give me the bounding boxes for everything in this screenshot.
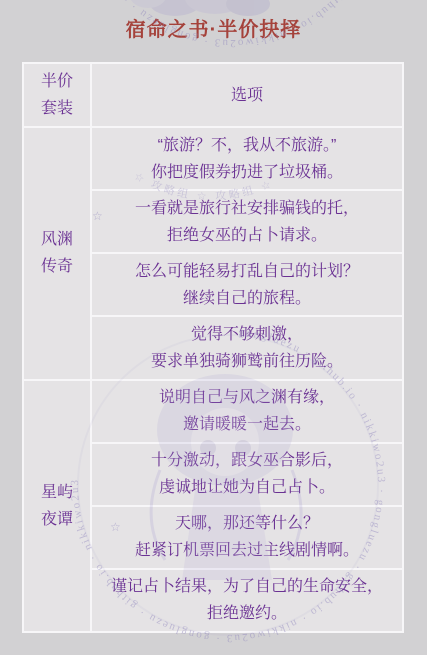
option-line: 天哪，那还等什么？ bbox=[92, 510, 402, 537]
option-line: 谨记占卜结果，为了自己的生命安全， bbox=[92, 573, 402, 600]
page-title: 宿命之书·半价抉择 bbox=[0, 8, 427, 52]
option-line: 你把度假券扔进了垃圾桶。 bbox=[92, 159, 402, 186]
group-label-line: 星屿 bbox=[24, 479, 90, 506]
header-cell-options: 选项 bbox=[91, 63, 403, 127]
option-line: 虔诚地让她为自己占卜。 bbox=[92, 474, 402, 501]
option-cell: 天哪，那还等什么？ 赶紧订机票回去过主线剧情啊。 bbox=[91, 506, 403, 569]
page: 宿命之书·半价抉择 半价 套装 选项 风渊 传奇 “旅游？不，我从不旅游。” 你 bbox=[0, 0, 427, 655]
table-row: 星屿 夜谭 说明自己与风之渊有缘， 邀请暖暖一起去。 bbox=[23, 380, 403, 443]
table-header: 半价 套装 选项 bbox=[23, 63, 403, 127]
option-line: 拒绝女巫的占卜请求。 bbox=[92, 222, 402, 249]
choices-table: 半价 套装 选项 风渊 传奇 “旅游？不，我从不旅游。” 你把度假券扔进了垃圾桶… bbox=[22, 62, 404, 633]
option-line: “旅游？不，我从不旅游。” bbox=[92, 132, 402, 159]
option-cell: 觉得不够刺激， 要求单独骑狮鹫前往历险。 bbox=[91, 316, 403, 379]
option-cell: 谨记占卜结果，为了自己的生命安全， 拒绝邀约。 bbox=[91, 569, 403, 632]
group-label-line: 风渊 bbox=[24, 226, 90, 253]
table-row: 风渊 传奇 “旅游？不，我从不旅游。” 你把度假券扔进了垃圾桶。 bbox=[23, 127, 403, 190]
header-row: 半价 套装 选项 bbox=[23, 63, 403, 127]
header-cell-set: 半价 套装 bbox=[23, 63, 91, 127]
option-line: 说明自己与风之渊有缘， bbox=[92, 384, 402, 411]
table-body: 风渊 传奇 “旅游？不，我从不旅游。” 你把度假券扔进了垃圾桶。 一看就是旅行社… bbox=[23, 127, 403, 632]
option-line: 继续自己的旅程。 bbox=[92, 285, 402, 312]
option-cell: 怎么可能轻易打乱自己的计划？ 继续自己的旅程。 bbox=[91, 253, 403, 316]
option-line: 觉得不够刺激， bbox=[92, 321, 402, 348]
option-line: 邀请暖暖一起去。 bbox=[92, 411, 402, 438]
group-label-fengyuan: 风渊 传奇 bbox=[23, 127, 91, 380]
option-cell: 一看就是旅行社安排骗钱的托， 拒绝女巫的占卜请求。 bbox=[91, 190, 403, 253]
header-set-line2: 套装 bbox=[24, 95, 90, 122]
group-label-line: 夜谭 bbox=[24, 506, 90, 533]
option-line: 要求单独骑狮鹫前往历险。 bbox=[92, 348, 402, 375]
option-line: 一看就是旅行社安排骗钱的托， bbox=[92, 195, 402, 222]
option-cell: “旅游？不，我从不旅游。” 你把度假券扔进了垃圾桶。 bbox=[91, 127, 403, 190]
option-cell: 十分激动，跟女巫合影后， 虔诚地让她为自己占卜。 bbox=[91, 443, 403, 506]
option-line: 拒绝邀约。 bbox=[92, 600, 402, 627]
option-line: 怎么可能轻易打乱自己的计划？ bbox=[92, 258, 402, 285]
option-cell: 说明自己与风之渊有缘， 邀请暖暖一起去。 bbox=[91, 380, 403, 443]
option-line: 赶紧订机票回去过主线剧情啊。 bbox=[92, 537, 402, 564]
option-line: 十分激动，跟女巫合影后， bbox=[92, 447, 402, 474]
group-label-line: 传奇 bbox=[24, 253, 90, 280]
group-label-xingyu: 星屿 夜谭 bbox=[23, 380, 91, 633]
header-set-line1: 半价 bbox=[24, 68, 90, 95]
